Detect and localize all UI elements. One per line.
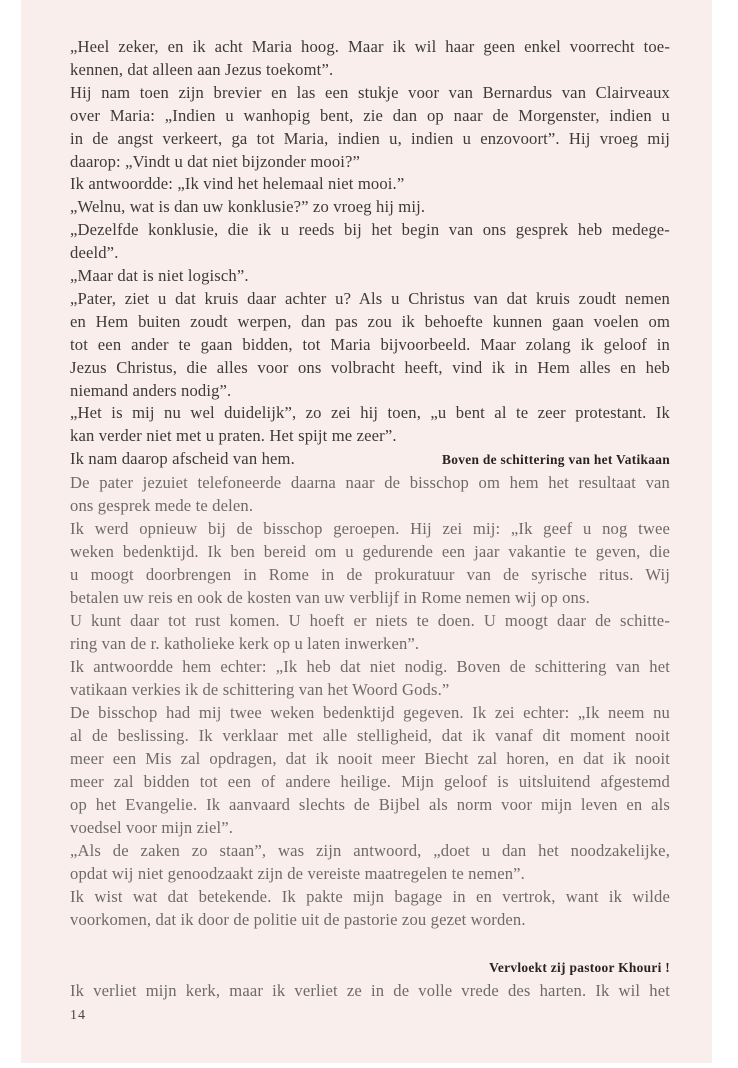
text-line: „Het is mij nu wel duidelijk”, zo zei hi…: [70, 402, 670, 424]
text-line: in de angst verkeert, ga tot Maria, indi…: [70, 128, 670, 150]
text-line: Ik antwoordde hem echter: „Ik heb dat ni…: [70, 656, 670, 678]
text-line: voorkomen, dat ik door de politie uit de…: [70, 909, 526, 931]
text-line: ring van de r. katholieke kerk op u late…: [70, 633, 419, 655]
section-heading-1: Boven de schittering van het Vatikaan: [442, 450, 670, 470]
text-line: Hij nam toen zijn brevier en las een stu…: [70, 82, 670, 104]
text-line: over Maria: „Indien u wanhopig bent, zie…: [70, 105, 670, 127]
text-line: Ik antwoordde: „Ik vind het helemaal nie…: [70, 173, 404, 195]
text-line: ons gesprek mede te delen.: [70, 495, 253, 517]
book-page: „Heel zeker, en ik acht Maria hoog. Maar…: [21, 0, 712, 1063]
text-line: Ik werd opnieuw bij de bisschop geroepen…: [70, 518, 670, 540]
text-line: meer zal bidden tot een of andere heilig…: [70, 771, 670, 793]
text-line: deeld”.: [70, 242, 119, 264]
text-line: voedsel voor mijn ziel”.: [70, 817, 233, 839]
text-line: „Heel zeker, en ik acht Maria hoog. Maar…: [70, 36, 670, 58]
text-line: tot een ander te gaan bidden, tot Maria …: [70, 334, 670, 356]
text-line: De pater jezuiet telefoneerde daarna naa…: [70, 472, 670, 494]
section-heading-2: Vervloekt zij pastoor Khouri !: [489, 958, 670, 978]
text-line: „Pater, ziet u dat kruis daar achter u? …: [70, 288, 670, 310]
text-line: kennen, dat alleen aan Jezus toekomt”.: [70, 59, 333, 81]
text-line: niemand anders nodig”.: [70, 380, 231, 402]
text-line: u moogt doorbrengen in Rome in de prokur…: [70, 564, 670, 586]
text-line: kan verder niet met u praten. Het spijt …: [70, 425, 397, 447]
text-line: De bisschop had mij twee weken bedenktij…: [70, 702, 670, 724]
text-line: al de beslissing. Ik verklaar met alle s…: [70, 725, 670, 747]
text-line: Ik verliet mijn kerk, maar ik verliet ze…: [70, 980, 670, 1002]
text-line: Jezus Christus, die alles voor ons volbr…: [70, 357, 670, 379]
text-line: weken bedenktijd. Ik ben bereid om u ged…: [70, 541, 670, 563]
text-line: op het Evangelie. Ik aanvaard slechts de…: [70, 794, 670, 816]
text-line: en Hem buiten zoudt werpen, dan pas zou …: [70, 311, 670, 333]
text-line: Ik wist wat dat betekende. Ik pakte mijn…: [70, 886, 670, 908]
text-line: meer een Mis zal opdragen, dat ik nooit …: [70, 748, 670, 770]
text-line: „Dezelfde konklusie, die ik u reeds bij …: [70, 219, 670, 241]
text-line: opdat wij niet genoodzaakt zijn de verei…: [70, 863, 525, 885]
text-line: „Maar dat is niet logisch”.: [70, 265, 249, 287]
text-line: daarop: „Vindt u dat niet bijzonder mooi…: [70, 151, 360, 173]
page-body: „Heel zeker, en ik acht Maria hoog. Maar…: [70, 36, 670, 1036]
page-number: 14: [70, 1006, 86, 1026]
text-line: Ik nam daarop afscheid van hem.: [70, 448, 295, 470]
text-line: „Welnu, wat is dan uw konklusie?” zo vro…: [70, 196, 425, 218]
text-line: betalen uw reis en ook de kosten van uw …: [70, 587, 590, 609]
text-line: U kunt daar tot rust komen. U hoeft er n…: [70, 610, 670, 632]
text-line: „Als de zaken zo staan”, was zijn antwoo…: [70, 840, 670, 862]
text-line: vatikaan verkies ik de schittering van h…: [70, 679, 449, 701]
